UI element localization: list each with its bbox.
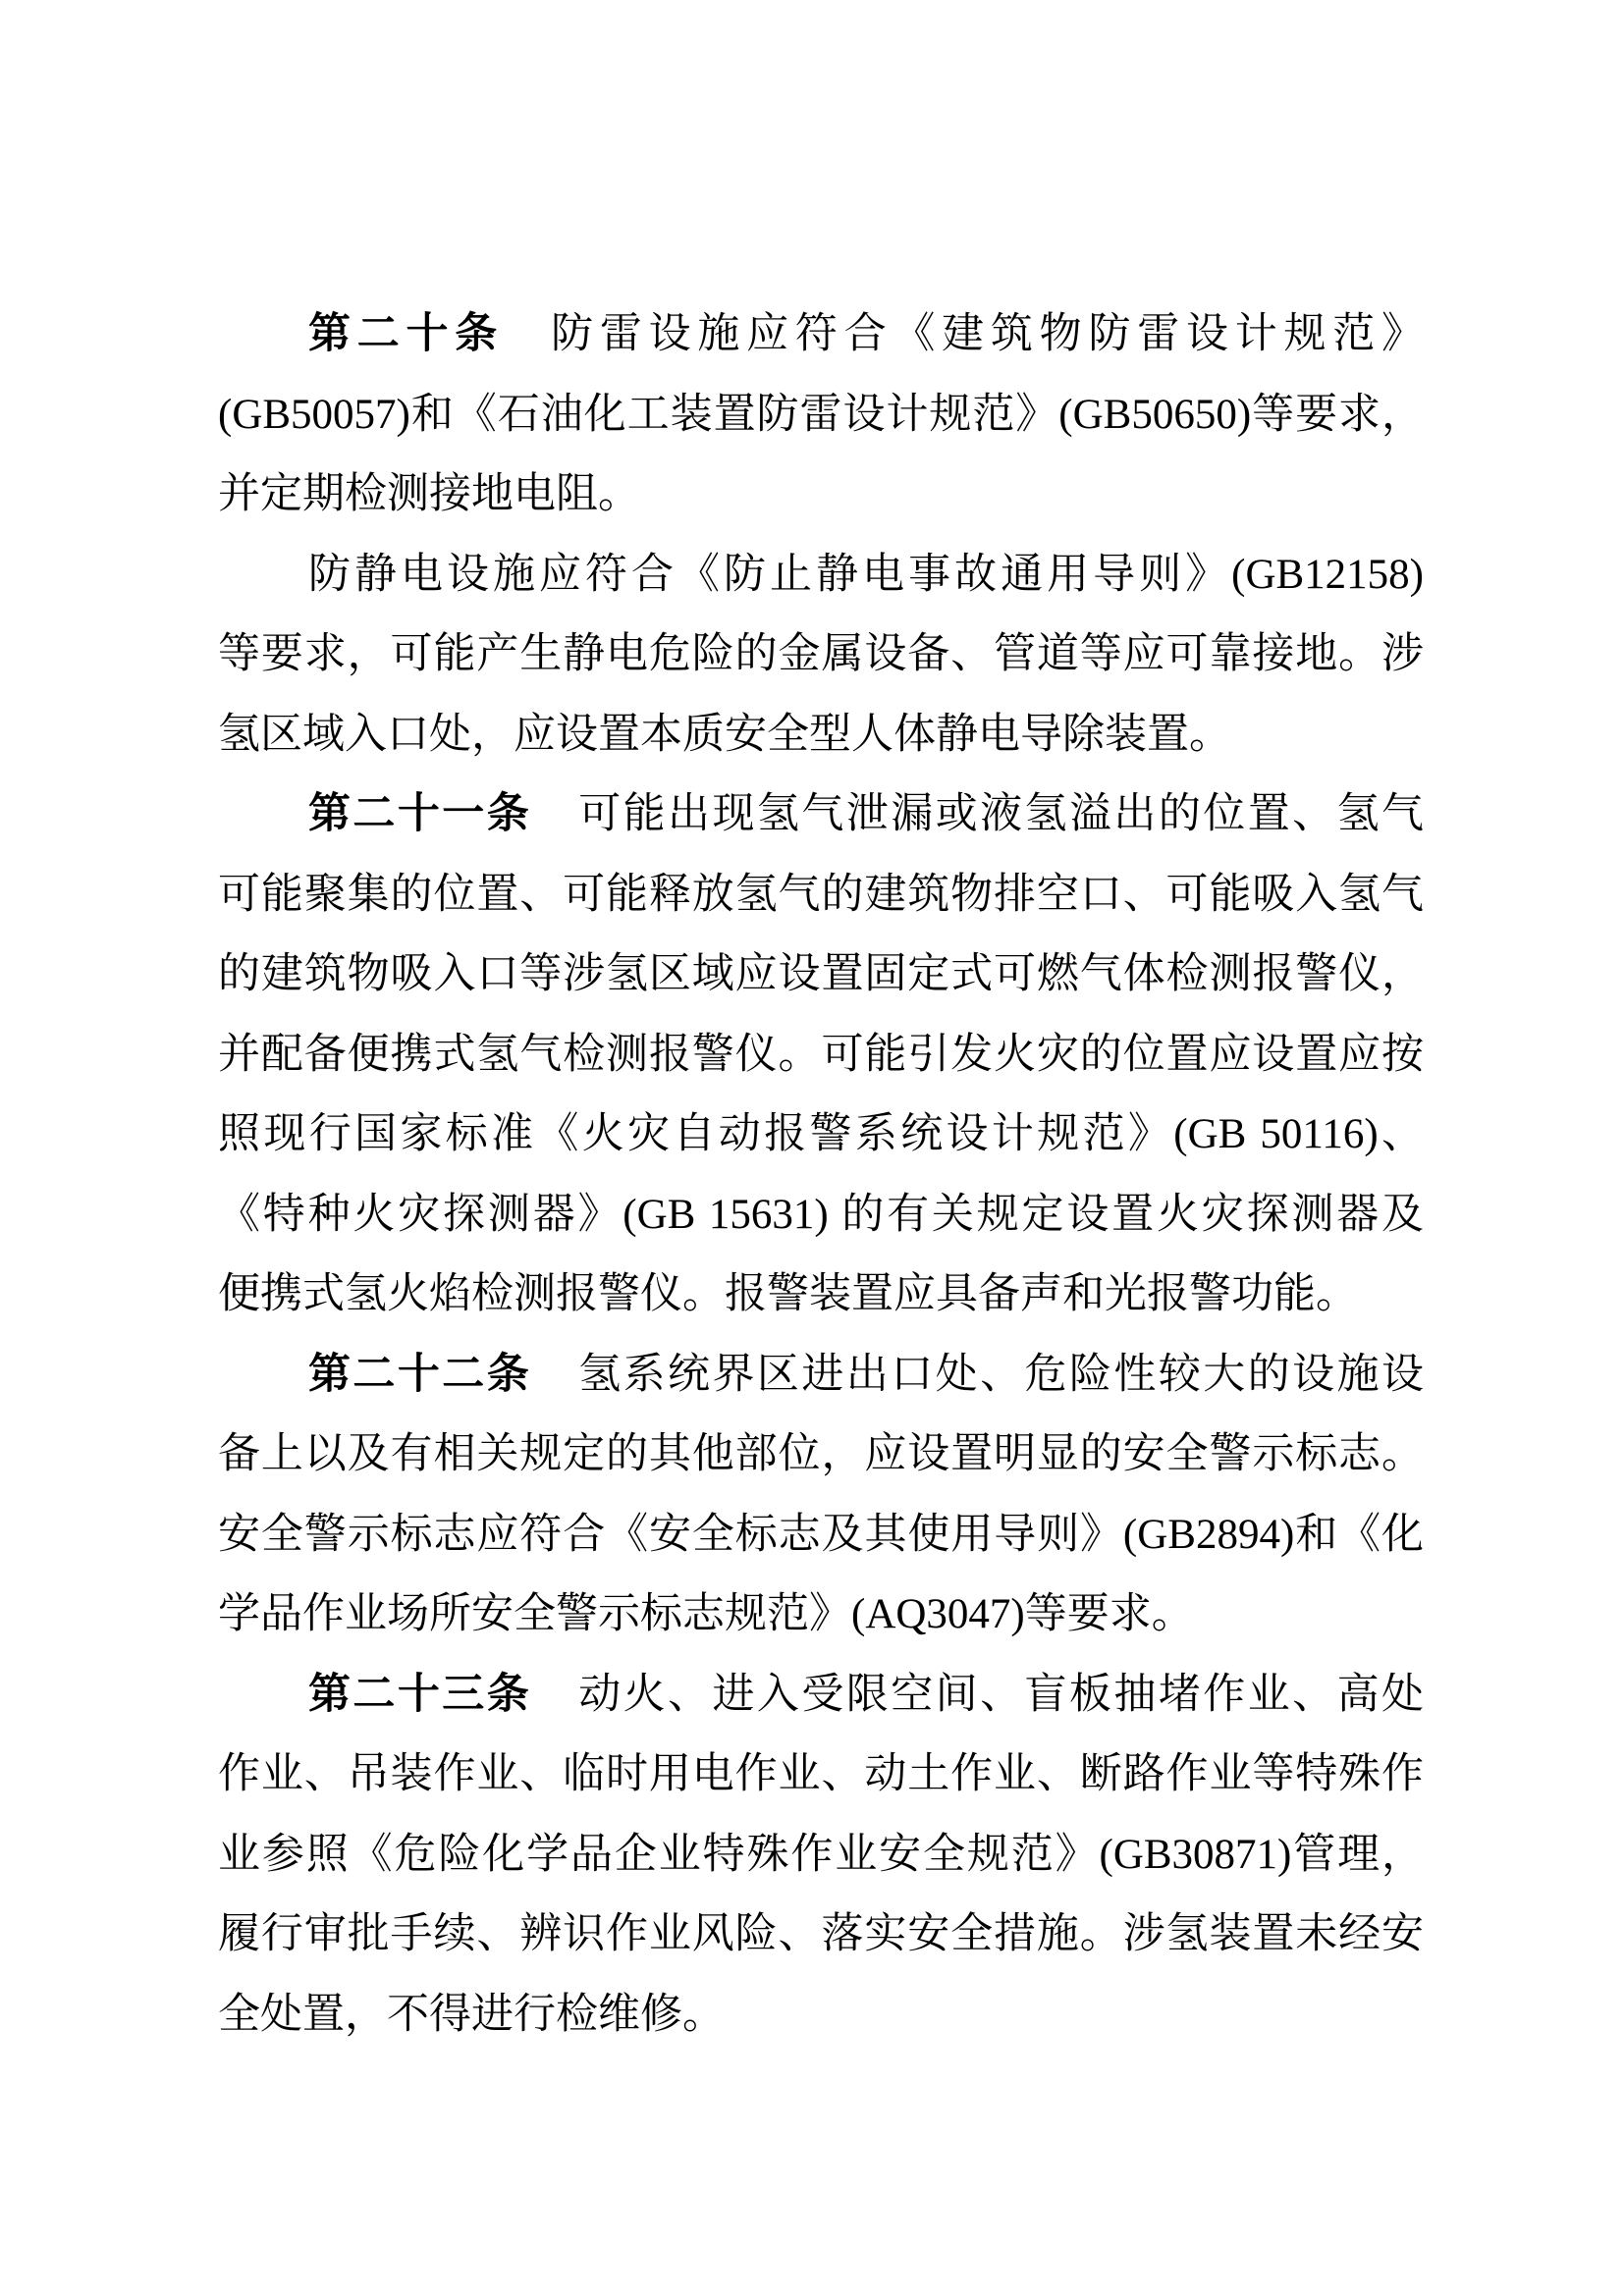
line-text: 防静电设施应符合《防止静电事故通用导则》(GB12158) (308, 552, 1424, 598)
line-text: 防雷设施应符合《建筑物防雷设计规范》 (551, 311, 1424, 357)
text-line: 《特种火灾探测器》(GB 15631) 的有关规定设置火灾探测器及 (218, 1175, 1424, 1255)
text-line: 作业、吊装作业、临时用电作业、动土作业、断路作业等特殊作 (218, 1735, 1424, 1815)
text-line: 业参照《危险化学品企业特殊作业安全规范》(GB30871)管理， (218, 1815, 1424, 1896)
line-text: 动火、进入受限空间、盲板抽堵作业、高处 (578, 1672, 1424, 1718)
article-heading: 第二十一条 (308, 791, 531, 837)
line-text: 氢系统界区进出口处、危险性较大的设施设 (578, 1352, 1424, 1398)
text-line: 氢区域入口处，应设置本质安全型人体静电导除装置。 (218, 695, 1424, 775)
text-line: (GB50057)和《石油化工装置防雷设计规范》(GB50650)等要求， (218, 375, 1424, 455)
paragraph: 防静电设施应符合《防止静电事故通用导则》(GB12158)等要求，可能产生静电危… (218, 535, 1424, 775)
text-line: 备上以及有相关规定的其他部位，应设置明显的安全警示标志。 (218, 1415, 1424, 1495)
text-line: 便携式氢火焰检测报警仪。报警装置应具备声和光报警功能。 (218, 1255, 1424, 1335)
text-line: 等要求，可能产生静电危险的金属设备、管道等应可靠接地。涉 (218, 614, 1424, 695)
article-heading: 第二十二条 (308, 1352, 531, 1398)
text-line: 履行审批手续、辨识作业风险、落实安全措施。涉氢装置未经安 (218, 1895, 1424, 1975)
text-line: 全处置，不得进行检维修。 (218, 1975, 1424, 2056)
text-line: 学品作业场所安全警示标志规范》(AQ3047)等要求。 (218, 1575, 1424, 1655)
paragraph: 第二十二条氢系统界区进出口处、危险性较大的设施设备上以及有相关规定的其他部位，应… (218, 1335, 1424, 1655)
text-line: 可能聚集的位置、可能释放氢气的建筑物排空口、可能吸入氢气 (218, 855, 1424, 935)
line-text: 可能出现氢气泄漏或液氢溢出的位置、氢气 (578, 791, 1424, 837)
text-line: 照现行国家标准《火灾自动报警系统设计规范》(GB 50116)、 (218, 1095, 1424, 1175)
text-line: 并定期检测接地电阻。 (218, 454, 1424, 535)
text-line: 防静电设施应符合《防止静电事故通用导则》(GB12158) (218, 535, 1424, 615)
paragraph: 第二十一条可能出现氢气泄漏或液氢溢出的位置、氢气可能聚集的位置、可能释放氢气的建… (218, 774, 1424, 1335)
text-line: 安全警示标志应符合《安全标志及其使用导则》(GB2894)和《化 (218, 1495, 1424, 1575)
text-line: 并配备便携式氢气检测报警仪。可能引发火灾的位置应设置应按 (218, 1015, 1424, 1095)
paragraph: 第二十三条动火、进入受限空间、盲板抽堵作业、高处作业、吊装作业、临时用电作业、动… (218, 1655, 1424, 2056)
document-page: 第二十条防雷设施应符合《建筑物防雷设计规范》(GB50057)和《石油化工装置防… (0, 0, 1624, 2296)
article-heading: 第二十条 (308, 311, 504, 357)
text-line: 第二十二条氢系统界区进出口处、危险性较大的设施设 (218, 1335, 1424, 1415)
text-line: 的建筑物吸入口等涉氢区域应设置固定式可燃气体检测报警仪， (218, 934, 1424, 1015)
text-line: 第二十条防雷设施应符合《建筑物防雷设计规范》 (218, 294, 1424, 375)
paragraph: 第二十条防雷设施应符合《建筑物防雷设计规范》(GB50057)和《石油化工装置防… (218, 294, 1424, 535)
article-heading: 第二十三条 (308, 1672, 531, 1718)
document-text: 第二十条防雷设施应符合《建筑物防雷设计规范》(GB50057)和《石油化工装置防… (218, 294, 1424, 2055)
text-line: 第二十三条动火、进入受限空间、盲板抽堵作业、高处 (218, 1655, 1424, 1735)
text-line: 第二十一条可能出现氢气泄漏或液氢溢出的位置、氢气 (218, 774, 1424, 855)
